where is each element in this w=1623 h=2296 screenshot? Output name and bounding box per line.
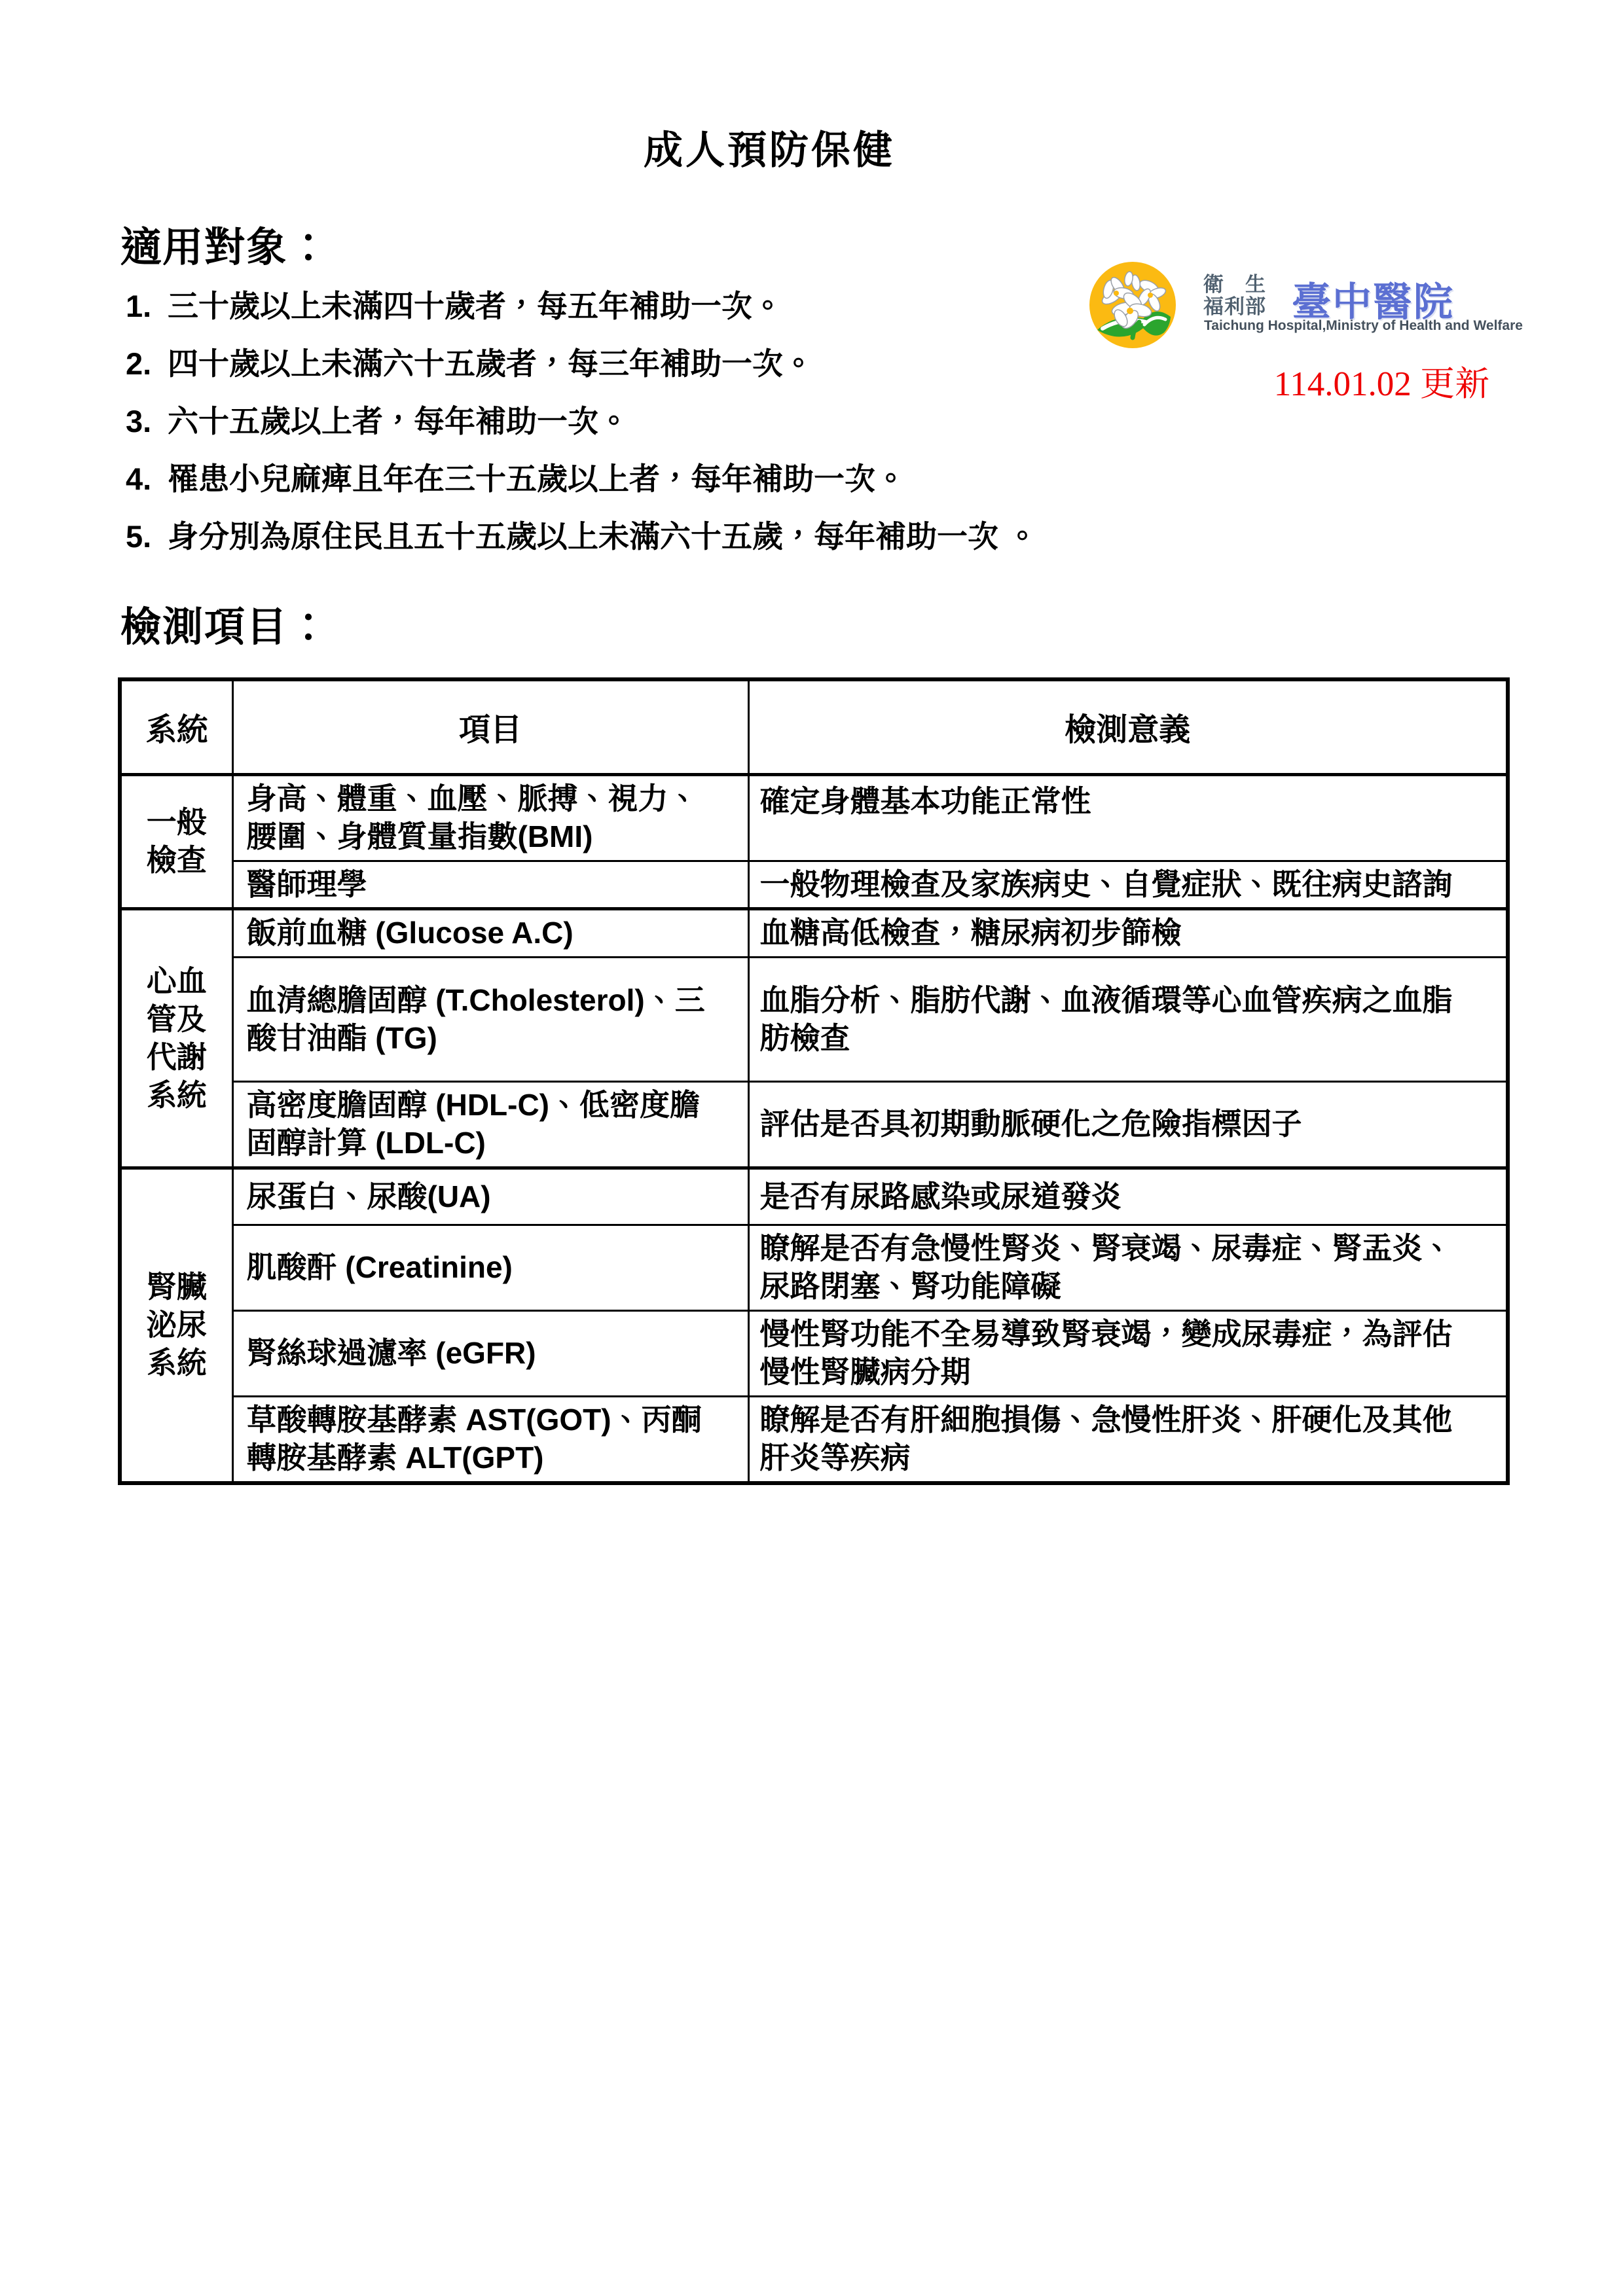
ministry-line2: 福利部 <box>1203 295 1266 318</box>
item-cell: 腎絲球過濾率 (eGFR) <box>232 1311 748 1397</box>
item-text: 罹患小兒麻痺且年在三十五歲以上者，每年補助一次。 <box>168 461 906 496</box>
exam-heading: 檢測項目： <box>120 594 330 653</box>
system-cell-cardio: 心血管及代謝系統 <box>120 909 232 1168</box>
page-title: 成人預防保健 <box>118 119 1421 175</box>
meaning-cell: 瞭解是否有急慢性腎炎、腎衰竭、尿毒症、腎盂炎、尿路閉塞、腎功能障礙 <box>748 1225 1508 1311</box>
table-row: 醫師理學 一般物理檢查及家族病史、自覺症狀、既往病史諮詢 <box>120 861 1508 909</box>
meaning-cell: 評估是否具初期動脈硬化之危險指標因子 <box>748 1082 1508 1168</box>
meaning-cell: 確定身體基本功能正常性 <box>748 774 1508 861</box>
item-cell: 草酸轉胺基酵素 AST(GOT)、丙酮轉胺基酵素 ALT(GPT) <box>232 1397 748 1483</box>
item-text: 三十歲以上未滿四十歲者，每五年補助一次。 <box>168 289 783 323</box>
meaning-cell: 一般物理檢查及家族病史、自覺症狀、既往病史諮詢 <box>748 861 1508 909</box>
item-cell: 飯前血糖 (Glucose A.C) <box>232 909 748 958</box>
meaning-cell: 是否有尿路感染或尿道發炎 <box>748 1168 1508 1225</box>
list-item: 5.身分別為原住民且五十五歲以上未滿六十五歲，每年補助一次 。 <box>126 508 1304 565</box>
item-cell: 醫師理學 <box>232 861 748 909</box>
flower-emblem-icon <box>1087 259 1178 351</box>
ministry-line1: 衛 生 <box>1203 273 1266 296</box>
header-item: 項目 <box>232 679 748 774</box>
item-cell: 尿蛋白、尿酸(UA) <box>232 1168 748 1225</box>
table-row: 一般檢查 身高、體重、血壓、脈搏、視力、腰圍、身體質量指數(BMI) 確定身體基… <box>120 774 1508 861</box>
table-row: 腎絲球過濾率 (eGFR) 慢性腎功能不全易導致腎衰竭，變成尿毒症，為評估慢性腎… <box>120 1311 1508 1397</box>
update-date: 114.01.02 更新 <box>1113 356 1489 406</box>
table-row: 腎臟泌尿系統 尿蛋白、尿酸(UA) 是否有尿路感染或尿道發炎 <box>120 1168 1508 1225</box>
header-system: 系統 <box>120 679 232 774</box>
eligibility-heading: 適用對象： <box>120 215 330 273</box>
item-number: 3. <box>126 393 168 450</box>
item-cell: 血清總膽固醇 (T.Cholesterol)、三酸甘油酯 (TG) <box>232 958 748 1082</box>
ministry-name: 衛 生福利部 <box>1203 274 1266 318</box>
table-row: 心血管及代謝系統 飯前血糖 (Glucose A.C) 血糖高低檢查，糖尿病初步… <box>120 909 1508 958</box>
exam-table: 系統 項目 檢測意義 一般檢查 身高、體重、血壓、脈搏、視力、腰圍、身體質量指數… <box>118 677 1510 1485</box>
exam-table-container: 系統 項目 檢測意義 一般檢查 身高、體重、血壓、脈搏、視力、腰圍、身體質量指數… <box>118 677 1510 1485</box>
hospital-tagline-english: Taichung Hospital,Ministry of Health and… <box>1204 318 1523 334</box>
meaning-cell: 瞭解是否有肝細胞損傷、急慢性肝炎、肝硬化及其他肝炎等疾病 <box>748 1397 1508 1483</box>
system-cell-renal: 腎臟泌尿系統 <box>120 1168 232 1483</box>
item-text: 身分別為原住民且五十五歲以上未滿六十五歲，每年補助一次 。 <box>168 519 1038 554</box>
item-number: 1. <box>126 278 168 335</box>
document-page: 成人預防保健 適用對象： 1.三十歲以上未滿四十歲者，每五年補助一次。 2.四十… <box>0 0 1623 2296</box>
item-cell: 身高、體重、血壓、脈搏、視力、腰圍、身體質量指數(BMI) <box>232 774 748 861</box>
table-row: 高密度膽固醇 (HDL-C)、低密度膽固醇計算 (LDL-C) 評估是否具初期動… <box>120 1082 1508 1168</box>
table-header-row: 系統 項目 檢測意義 <box>120 679 1508 774</box>
header-meaning: 檢測意義 <box>748 679 1508 774</box>
item-number: 2. <box>126 335 168 393</box>
table-row: 血清總膽固醇 (T.Cholesterol)、三酸甘油酯 (TG) 血脂分析、脂… <box>120 958 1508 1082</box>
table-row: 肌酸酐 (Creatinine) 瞭解是否有急慢性腎炎、腎衰竭、尿毒症、腎盂炎、… <box>120 1225 1508 1311</box>
meaning-cell: 慢性腎功能不全易導致腎衰竭，變成尿毒症，為評估慢性腎臟病分期 <box>748 1311 1508 1397</box>
item-text: 六十五歲以上者，每年補助一次。 <box>168 404 629 439</box>
meaning-cell: 血糖高低檢查，糖尿病初步篩檢 <box>748 909 1508 958</box>
item-cell: 肌酸酐 (Creatinine) <box>232 1225 748 1311</box>
meaning-cell: 血脂分析、脂肪代謝、血液循環等心血管疾病之血脂肪檢查 <box>748 958 1508 1082</box>
item-number: 5. <box>126 508 168 565</box>
item-number: 4. <box>126 450 168 508</box>
item-text: 四十歲以上未滿六十五歲者，每三年補助一次。 <box>168 346 814 381</box>
table-row: 草酸轉胺基酵素 AST(GOT)、丙酮轉胺基酵素 ALT(GPT) 瞭解是否有肝… <box>120 1397 1508 1483</box>
system-cell-general: 一般檢查 <box>120 774 232 909</box>
item-cell: 高密度膽固醇 (HDL-C)、低密度膽固醇計算 (LDL-C) <box>232 1082 748 1168</box>
list-item: 4.罹患小兒麻痺且年在三十五歲以上者，每年補助一次。 <box>126 450 1304 508</box>
